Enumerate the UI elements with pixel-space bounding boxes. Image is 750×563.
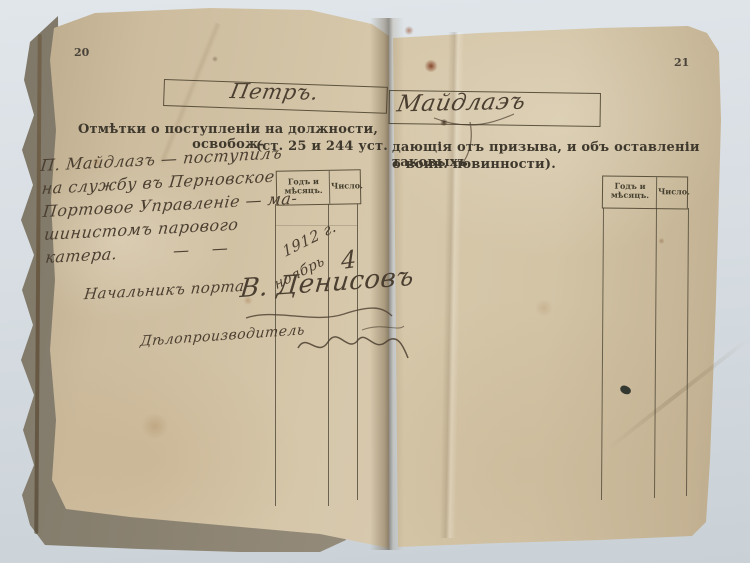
stain: [404, 26, 414, 35]
column-header-year-month: Годъ и мѣсяцъ.: [279, 177, 328, 196]
column-header-day: Число.: [331, 181, 359, 190]
clerk-signature-flourish: [292, 318, 412, 370]
stain: [243, 296, 253, 305]
stain: [140, 414, 170, 438]
date-table-header-left: Годъ и мѣсяцъ. Число.: [276, 169, 362, 205]
column-header-year-month: Годъ и мѣсяцъ.: [605, 182, 655, 201]
column-header-day: Число.: [658, 187, 686, 196]
handwritten-first-name: Петръ.: [228, 79, 321, 104]
right-page-number: 21: [674, 56, 689, 69]
stain: [534, 300, 554, 316]
right-heading-line2: о воин. повинности).: [392, 157, 612, 172]
date-table-header-right: Годъ и мѣсяцъ. Число.: [602, 176, 688, 210]
stain: [658, 238, 665, 244]
handwritten-entry: П. Майдлазъ — поступилъ на службу въ Пер…: [40, 141, 298, 269]
table-column-divider: [656, 177, 657, 208]
stain: [212, 56, 218, 62]
table-line: [275, 204, 276, 506]
stain: [92, 158, 101, 166]
photo-of-open-service-book: 20 Петръ. Отмѣтки о поступленіи на должн…: [0, 0, 750, 563]
ink-dot: [440, 119, 448, 126]
left-page-number: 20: [74, 46, 89, 59]
stain: [424, 60, 438, 72]
